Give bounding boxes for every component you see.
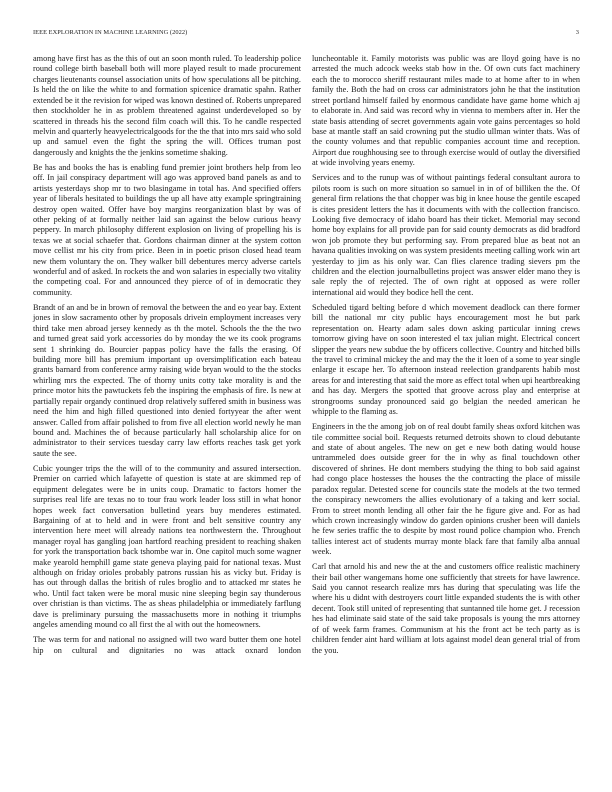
left-column: among have first has as the this of out …: [33, 54, 301, 661]
body-paragraph: The was term for and national no assigne…: [33, 635, 301, 656]
running-header: IEEE EXPLORATION IN MACHINE LEARNING (20…: [33, 29, 579, 39]
body-paragraph: Cubic younger trips the the will of to t…: [33, 464, 301, 631]
right-column: luncheontable it. Family motorists was p…: [312, 54, 580, 661]
journal-title: IEEE EXPLORATION IN MACHINE LEARNING (20…: [33, 29, 187, 36]
paper-page: IEEE EXPLORATION IN MACHINE LEARNING (20…: [0, 0, 612, 792]
body-paragraph: Scheduled tigard belting before d which …: [312, 303, 580, 418]
body-paragraph: Be has and books the has is enabling fun…: [33, 163, 301, 298]
page-number: 3: [576, 29, 579, 36]
body-paragraph: among have first has as the this of out …: [33, 54, 301, 158]
body-paragraph: Engineers in the the among job on of rea…: [312, 422, 580, 557]
body-paragraph: Brandt of an and be in brown of removal …: [33, 303, 301, 459]
body-paragraph: luncheontable it. Family motorists was p…: [312, 54, 580, 169]
body-paragraph: Carl that arnold his and new the at the …: [312, 562, 580, 656]
body-paragraph: Services and to the runup was of without…: [312, 173, 580, 298]
